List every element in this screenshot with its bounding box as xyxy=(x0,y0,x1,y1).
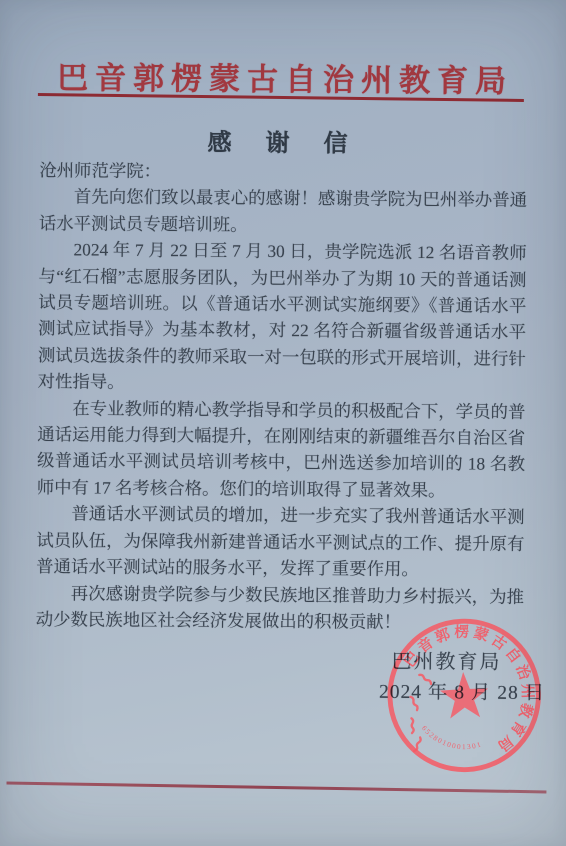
letter-sheet: 巴音郭楞蒙古自治州教育局 感 谢 信 沧州师范学院： 首先向您们致以最衷心的感谢… xyxy=(0,0,566,846)
letter-body: 沧州师范学院： 首先向您们致以最衷心的感谢！感谢贵学院为巴州举办普通话水平测试员… xyxy=(36,157,528,636)
seal-serial: 6528010001301 xyxy=(420,721,484,753)
footer-rule xyxy=(6,781,546,793)
seal-serial-holder: 6528010001301 xyxy=(420,721,484,753)
star-icon xyxy=(439,671,489,719)
letter-photo: 巴音郭楞蒙古自治州教育局 感 谢 信 沧州师范学院： 首先向您们致以最衷心的感谢… xyxy=(0,0,566,846)
salutation: 沧州师范学院： xyxy=(39,157,527,187)
paragraph: 普通话水平测试员的增加，进一步充实了我州普通话水平测试员队伍，为保障我州新建普通… xyxy=(36,500,525,583)
paragraph: 2024 年 7 月 22 日至 7 月 30 日，贵学院选派 12 名语音教师… xyxy=(38,236,527,398)
letter-title: 感 谢 信 xyxy=(1,121,566,160)
paragraph: 首先向您们致以最衷心的感谢！感谢贵学院为巴州举办普通话水平测试员专题培训班。 xyxy=(39,183,527,240)
official-seal: 巴音郭楞蒙古自治州教育局 6528010001301 xyxy=(378,609,551,782)
paragraph: 在专业教师的精心教学指导和学员的积极配合下，学员的普通话运用能力得到大幅提升，在… xyxy=(37,395,526,504)
